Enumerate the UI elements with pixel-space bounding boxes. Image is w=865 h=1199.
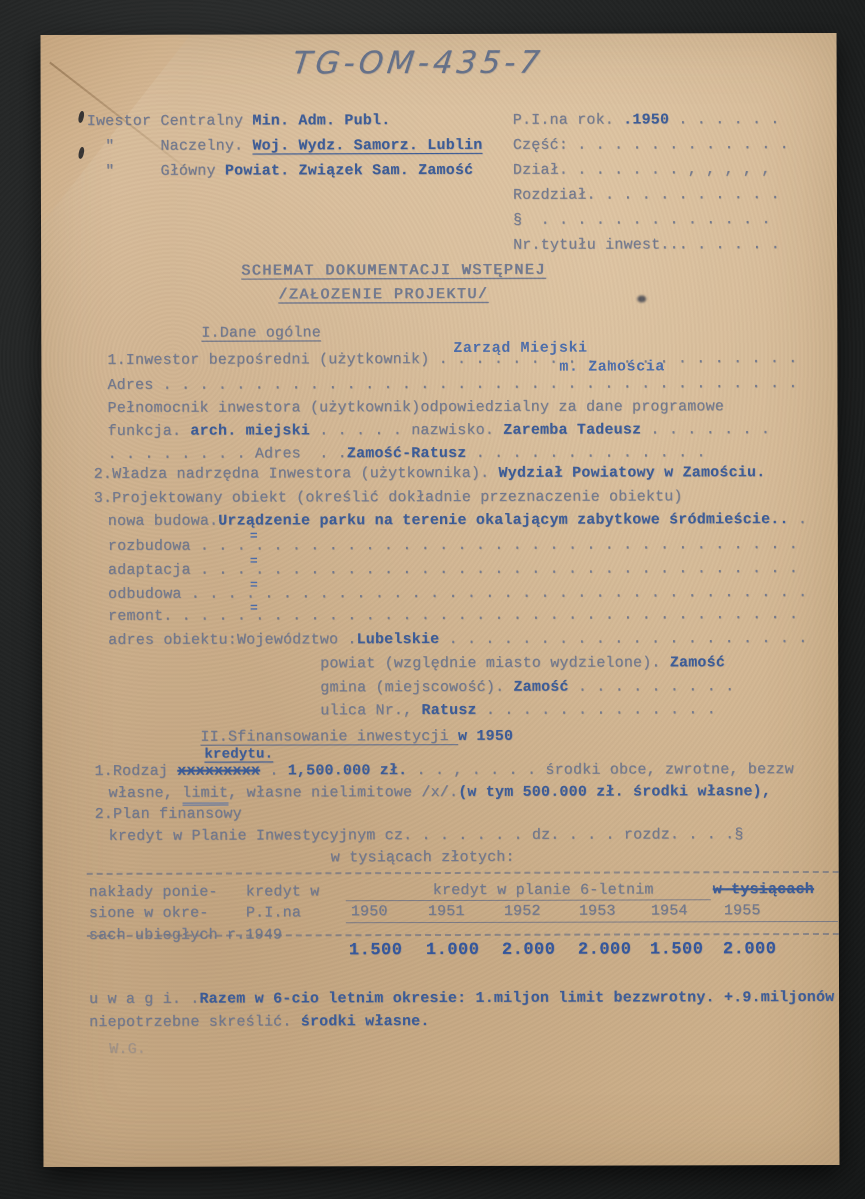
- gmina-value: Zamość: [513, 679, 568, 696]
- nowa-budowa-line: nowa budowa.Urządzenie parku na terenie …: [108, 511, 807, 530]
- year-1953: 1953: [579, 903, 616, 920]
- investor-central-label: Iwestor Centralny: [87, 112, 253, 129]
- investor-naczelny-value: Woj. Wydz. Samorz. Lublin: [252, 137, 482, 155]
- limit-label: limit: [182, 785, 228, 806]
- wladza-value: Wydział Powiatowy w Zamościu.: [499, 464, 766, 482]
- powiat-value: Zamość: [670, 654, 725, 671]
- ditto-mark: =: [250, 577, 257, 592]
- uwagi-label: u w a g i. .: [89, 991, 199, 1008]
- ditto-mark: =: [250, 600, 257, 615]
- photo-background: TG-OM-435-7 Iwestor Centralny Min. Adm. …: [0, 0, 865, 1199]
- rodzaj-kredytu-line: 1.Rodzaj xxxxxxxxx . 1,500.000 zł. . . ,…: [94, 761, 793, 780]
- czesc-line: Część: . . . . . . . . . . . .: [513, 136, 789, 154]
- table-years-underline: [346, 921, 838, 923]
- investor-glowny-value: Powiat. Związek Sam. Zamość: [225, 162, 473, 180]
- gmina-dots: . . . . . . . . .: [569, 678, 735, 695]
- kwota-value: 1,500.000 zł.: [288, 762, 408, 779]
- srodki-wlasne-note: środki własne.: [301, 1013, 430, 1030]
- investor-glowny-label: " Główny: [87, 163, 225, 180]
- investor-naczelny-line: " Naczelny. Woj. Wydz. Samorz. Lublin: [87, 137, 483, 155]
- year-1951: 1951: [428, 903, 465, 920]
- ditto-mark: =: [250, 528, 257, 543]
- wladza-label: 2.Władza nadrzędna Inwestora (użytkownik…: [94, 465, 499, 483]
- ulica-line: ulica Nr., Ratusz . . . . . . . . . . . …: [320, 701, 716, 719]
- uwagi-value: Razem w 6-cio letnim okresie: 1.miljon l…: [199, 989, 834, 1008]
- section1-heading: I.Dane ogólne: [201, 324, 321, 342]
- odbudowa-line: odbudowa . . . . . . . . . . . . . . . .…: [108, 584, 807, 603]
- pi-rok-label: P.I.na rok.: [513, 112, 623, 129]
- investor-central-value: Min. Adm. Publ.: [252, 112, 390, 129]
- srodki-obce-label: środki obce, zwrotne, bezzw: [545, 761, 793, 779]
- paragraf-line: § . . . . . . . . . . . . .: [513, 211, 771, 229]
- adres2-value: Zamość-Ratusz: [347, 445, 467, 462]
- investor-central-line: Iwestor Centralny Min. Adm. Publ.: [87, 112, 391, 130]
- table-col2-row2: P.I.na: [246, 904, 301, 921]
- pelnomocnik-line: Pełnomocnik inwestora (użytkownik)odpowi…: [107, 398, 724, 417]
- rodzaj-struck-word: xxxxxxxxx: [177, 762, 260, 779]
- value-1953: 2.000: [578, 941, 632, 961]
- stamp-zarzad-miejski: Zarząd Miejski: [453, 340, 587, 358]
- nazwisko-label: . . . . . nazwisko.: [310, 422, 503, 440]
- wojewodztwo-value: Lubelskie: [357, 631, 440, 648]
- year-1954: 1954: [651, 902, 688, 919]
- nr-tytulu-line: Nr.tytułu inwest... . . . . .: [513, 236, 780, 254]
- powiat-line: powiat (względnie miasto wydzielone). Za…: [320, 654, 725, 672]
- table-col1-row1: nakłady ponie-: [89, 884, 218, 902]
- section2-heading-label: II.Sfinansowanie inwestycji: [200, 728, 458, 746]
- table-col2-row1: kredyt w: [246, 883, 320, 900]
- nielimitowe-label: , własne nielimitowe /x/.: [228, 784, 458, 802]
- funkcja-label: funkcja.: [108, 423, 191, 440]
- pi-rok-line: P.I.na rok. .1950 . . . . . .: [513, 111, 780, 129]
- table-header-underline: [346, 899, 711, 901]
- funkcja-dots: . . . . . . .: [641, 421, 770, 438]
- adres-line: Adres . . . . . . . . . . . . . . . . . …: [107, 375, 797, 394]
- ditto-mark: =: [250, 553, 257, 568]
- uwagi-line: u w a g i. .Razem w 6-cio letnim okresie…: [89, 989, 834, 1008]
- year-1952: 1952: [504, 903, 541, 920]
- plan-finansowy-line: 2.Plan finansowy: [95, 806, 242, 824]
- table-col1-row2: sione w okre-: [89, 905, 209, 923]
- table-top-rule: [87, 871, 839, 875]
- section2-heading-year: w 1950: [458, 728, 513, 745]
- nowa-budowa-label: nowa budowa.: [108, 513, 218, 530]
- gmina-label: gmina (miejscowość).: [320, 679, 513, 697]
- skreslic-line: niepotrzebne skreślić. środki własne.: [89, 1013, 430, 1031]
- srodki-wlasne-value: (w tym 500.000 zł. środki własne),: [458, 783, 771, 801]
- document-title: SCHEMAT DOKUMENTACJI WSTĘPNEJ: [241, 262, 546, 280]
- dzial-line: Dział. . . . . . . , , , , ,: [513, 161, 771, 179]
- initials: W.G.: [109, 1041, 146, 1058]
- value-1954: 1.500: [650, 940, 704, 960]
- skreslic-label: niepotrzebne skreślić.: [89, 1013, 301, 1031]
- table-right-note: w tysiącach: [713, 881, 814, 899]
- ulica-label: ulica Nr.,: [320, 702, 421, 719]
- year-1950: 1950: [351, 903, 388, 920]
- wlasne-label: własne,: [108, 785, 182, 802]
- projektowany-obiekt-line: 3.Projektowany obiekt (określić dokładni…: [94, 488, 683, 507]
- remont-line: remont. . . . . . . . . . . . . . . . . …: [108, 606, 798, 625]
- investor-naczelny-label: " Naczelny.: [87, 137, 253, 154]
- rozbudowa-line: rozbudowa . . . . . . . . . . . . . . . …: [108, 536, 798, 555]
- value-1955: 2.000: [723, 940, 777, 960]
- kredytu-correction: kredytu.: [204, 746, 273, 762]
- stamp-m-zamoscia: m. Zamościa: [559, 358, 665, 376]
- adres-obiektu-dots: . . . . . . . . . . . . . . . . . . . .: [439, 630, 807, 648]
- table-span-header: kredyt w planie 6-letnim: [433, 881, 654, 899]
- value-1951: 1.000: [426, 941, 480, 961]
- adres2-dots: . . . . . . . . . . . . .: [466, 444, 705, 462]
- kredyt-plan-line: kredyt w Planie Inwestycyjnym cz. . . . …: [109, 826, 744, 845]
- document-subtitle: /ZAŁOZENIE PROJEKTU/: [278, 286, 488, 304]
- section2-heading: II.Sfinansowanie inwestycji w 1950: [200, 728, 513, 746]
- pi-rok-dots: . . . . . .: [669, 111, 779, 128]
- gmina-line: gmina (miejscowość). Zamość . . . . . . …: [320, 678, 734, 696]
- nowa-budowa-value: Urządzenie parku na terenie okalającym z…: [218, 511, 789, 529]
- nazwisko-value: Zaremba Tadeusz: [503, 421, 641, 438]
- ink-blot: [637, 295, 646, 302]
- value-1950: 1.500: [349, 941, 403, 961]
- wladza-nadrzedna-line: 2.Władza nadrzędna Inwestora (użytkownik…: [94, 464, 766, 483]
- document-paper: TG-OM-435-7 Iwestor Centralny Min. Adm. …: [41, 33, 840, 1167]
- wlasne-limit-line: własne, limit, własne nielimitowe /x/.(w…: [108, 783, 771, 802]
- value-1952: 2.000: [502, 941, 556, 961]
- adres2-label: . . . . . . . . Adres . .: [108, 445, 347, 463]
- year-1955: 1955: [724, 902, 761, 919]
- powiat-label: powiat (względnie miasto wydzielone).: [320, 654, 670, 672]
- funkcja-line: funkcja. arch. miejski . . . . . nazwisk…: [108, 421, 771, 440]
- ulica-dots: . . . . . . . . . . . . .: [477, 701, 716, 719]
- handwritten-code: TG-OM-435-7: [290, 46, 545, 82]
- rodzaj-gap: .: [260, 762, 288, 779]
- adres2-line: . . . . . . . . Adres . .Zamość-Ratusz .…: [108, 444, 706, 463]
- rozdzial-line: Rozdział. . . . . . . . . . .: [513, 186, 780, 204]
- adres-obiektu-line: adres obiektu:Województwo .Lubelskie . .…: [108, 630, 807, 649]
- funkcja-value: arch. miejski: [190, 422, 310, 439]
- nowa-budowa-dots: .: [789, 511, 807, 528]
- rodzaj-dots: . . , . . . .: [407, 762, 545, 779]
- investor-glowny-line: " Główny Powiat. Związek Sam. Zamość: [87, 162, 474, 180]
- adaptacja-line: adaptacja . . . . . . . . . . . . . . . …: [108, 560, 798, 579]
- ulica-value: Ratusz: [421, 702, 476, 719]
- adres-obiektu-label: adres obiektu:Województwo .: [108, 631, 356, 649]
- pi-rok-value: .1950: [623, 111, 669, 128]
- rodzaj-label: 1.Rodzaj: [94, 763, 177, 780]
- tysiace-zlotych-label: w tysiącach złotych:: [331, 849, 515, 867]
